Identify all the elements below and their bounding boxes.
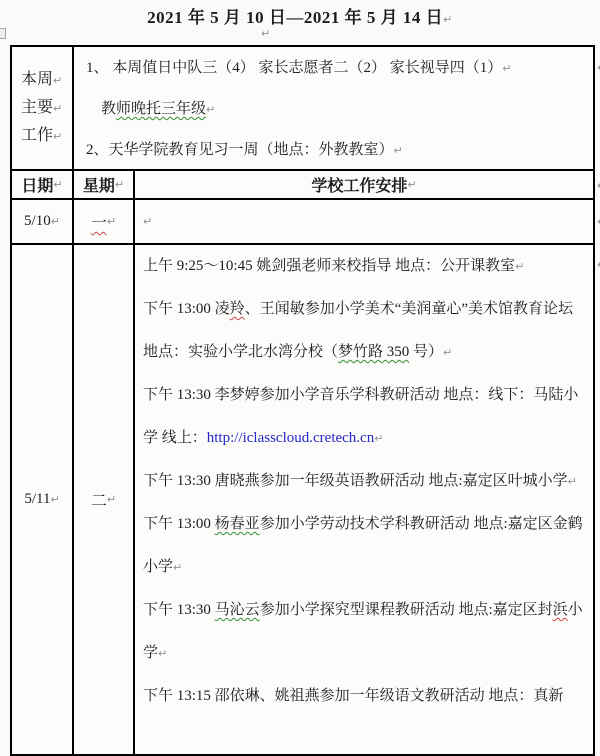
schedule-paragraph: 教师晚托三年级↵ [86, 89, 583, 130]
text-segment: 下午 13:00 凌 [143, 301, 230, 317]
text-segment: 羚 [230, 301, 245, 317]
paragraph-mark-icon: ↵ [568, 475, 577, 488]
text-segment: 师晚托三年级 [116, 101, 206, 117]
schedule-cell-0[interactable]: ↵ [135, 200, 593, 245]
text-segment: 1、 本周值日中队三（4） 家长志愿者二（2） 家长视导四（1） [86, 60, 502, 76]
schedule-cell-1[interactable]: 上午 9:25～10:45 姚剑强老师来校指导 地点：公开课教室↵下午 13:0… [135, 245, 593, 754]
week-summary-label-cell[interactable]: 本周↵主要↵工作↵ [12, 47, 74, 171]
table-resize-handle[interactable] [0, 28, 6, 39]
schedule-paragraph: 下午 13:30 唐晓燕参加一年级英语教研活动 地点:嘉定区叶城小学↵ [143, 460, 585, 503]
paragraph-mark-icon: ↵ [407, 178, 416, 191]
paragraph-mark-icon: ↵ [53, 178, 62, 191]
date-value: 5/10 [24, 213, 51, 230]
label-text: 本周 [21, 71, 53, 88]
weekday-cell-0[interactable]: 一↵ [74, 200, 135, 245]
paragraph-mark-icon: ↵ [143, 215, 152, 228]
label-line: 本周↵ [21, 66, 72, 94]
text-segment: 下午 13:15 邵依琳、姚祖燕参加一年级语文教研活动 地点：真新 [143, 688, 563, 704]
paragraph-mark-icon: ↵ [443, 346, 452, 359]
paragraph-mark-icon: ↵ [107, 215, 116, 228]
text-segment: 参加小学探究型课程教研活动 地点:嘉定区封 [260, 602, 553, 618]
weekday-value: 二 [91, 488, 107, 511]
header-date: 日期↵ [12, 171, 74, 200]
text-segment: 上午 9:25～10:45 姚剑强老师来校指导 地点：公开课教室 [143, 258, 515, 274]
schedule-paragraph: 2、天华学院教育见习一周（地点：外教教室）↵ [86, 130, 583, 171]
text-segment: 梦竹路 350 [338, 344, 409, 360]
paragraph-mark-icon: ↵ [50, 493, 59, 506]
date-value: 5/11 [24, 491, 50, 508]
schedule-paragraph: 下午 13:15 邵依琳、姚祖燕参加一年级语文教研活动 地点：真新 [143, 675, 585, 718]
hyperlink[interactable]: http://iclasscloud.cretech.cn [207, 430, 374, 446]
paragraph-mark-icon: ↵ [515, 260, 524, 273]
schedule-paragraph: 下午 13:30 李梦婷参加小学音乐学科教研活动 地点：线下：马陆小学 线上：h… [143, 374, 585, 460]
paragraph-mark-icon: ↵ [173, 561, 182, 574]
label-text: 工作 [21, 127, 53, 144]
page-title-text: 2021 年 5 月 10 日—2021 年 5 月 14 日 [147, 8, 443, 27]
paragraph-mark-icon: ↵ [53, 130, 62, 143]
weekly-schedule-table: 本周↵主要↵工作↵ 1、 本周值日中队三（4） 家长志愿者二（2） 家长视导四（… [10, 45, 595, 756]
schedule-paragraph: 上午 9:25～10:45 姚剑强老师来校指导 地点：公开课教室↵ [143, 245, 585, 288]
date-cell-0[interactable]: 5/10↵ [12, 200, 74, 245]
week-summary-content-cell[interactable]: 1、 本周值日中队三（4） 家长志愿者二（2） 家长视导四（1）↵ 教师晚托三年… [74, 47, 593, 171]
header-arrangement: 学校工作安排↵ [135, 171, 593, 200]
schedule-paragraph: 1、 本周值日中队三（4） 家长志愿者二（2） 家长视导四（1）↵ [86, 48, 583, 89]
page-title: 2021 年 5 月 10 日—2021 年 5 月 14 日↵ [0, 3, 600, 28]
header-arrangement-label: 学校工作安排 [311, 173, 407, 196]
text-segment: 马沁云 [215, 602, 260, 618]
paragraph-mark-icon: ↵ [261, 27, 270, 40]
text-segment: 浜 [553, 602, 568, 618]
label-line: 主要↵ [21, 94, 72, 122]
label-text: 主要 [21, 99, 53, 116]
text-segment: 杨春亚 [215, 516, 260, 532]
header-date-label: 日期 [21, 173, 53, 196]
paragraph-mark-icon: ↵ [115, 178, 124, 191]
text-segment: 教 [86, 101, 116, 117]
text-segment: 下午 13:00 [143, 516, 215, 532]
text-segment: 号） [409, 344, 443, 360]
schedule-paragraph: 下午 13:30 马沁云参加小学探究型课程教研活动 地点:嘉定区封浜小学↵ [143, 589, 585, 675]
header-weekday-label: 星期 [83, 173, 115, 196]
paragraph-mark-icon: ↵ [158, 647, 167, 660]
paragraph-mark-icon: ↵ [502, 62, 511, 75]
label-line: 工作↵ [21, 122, 72, 150]
text-segment: 下午 13:30 唐晓燕参加一年级英语教研活动 地点:嘉定区叶城小学 [143, 473, 568, 489]
text-segment: 2、天华学院教育见习一周（地点：外教教室） [86, 142, 394, 158]
paragraph-mark-icon: ↵ [206, 103, 215, 116]
weekday-cell-1[interactable]: 二↵ [74, 245, 135, 754]
paragraph-mark-icon: ↵ [394, 144, 403, 157]
paragraph-mark-icon: ↵ [53, 74, 62, 87]
paragraph-mark-icon: ↵ [107, 493, 116, 506]
schedule-paragraph: 下午 13:00 杨春亚参加小学劳动技术学科教研活动 地点:嘉定区金鹤小学↵ [143, 503, 585, 589]
schedule-paragraph: 下午 13:00 凌羚、王闻敏参加小学美术“美润童心”美术馆教育论坛 地点：实验… [143, 288, 585, 374]
paragraph-mark-icon: ↵ [51, 215, 60, 228]
weekday-value: 一 [91, 210, 107, 233]
header-weekday: 星期↵ [74, 171, 135, 200]
paragraph-mark-icon: ↵ [443, 13, 453, 26]
paragraph-mark-icon: ↵ [53, 102, 62, 115]
paragraph-mark-icon: ↵ [374, 432, 383, 445]
text-segment: 下午 13:30 [143, 602, 215, 618]
date-cell-1[interactable]: 5/11↵ [12, 245, 74, 754]
